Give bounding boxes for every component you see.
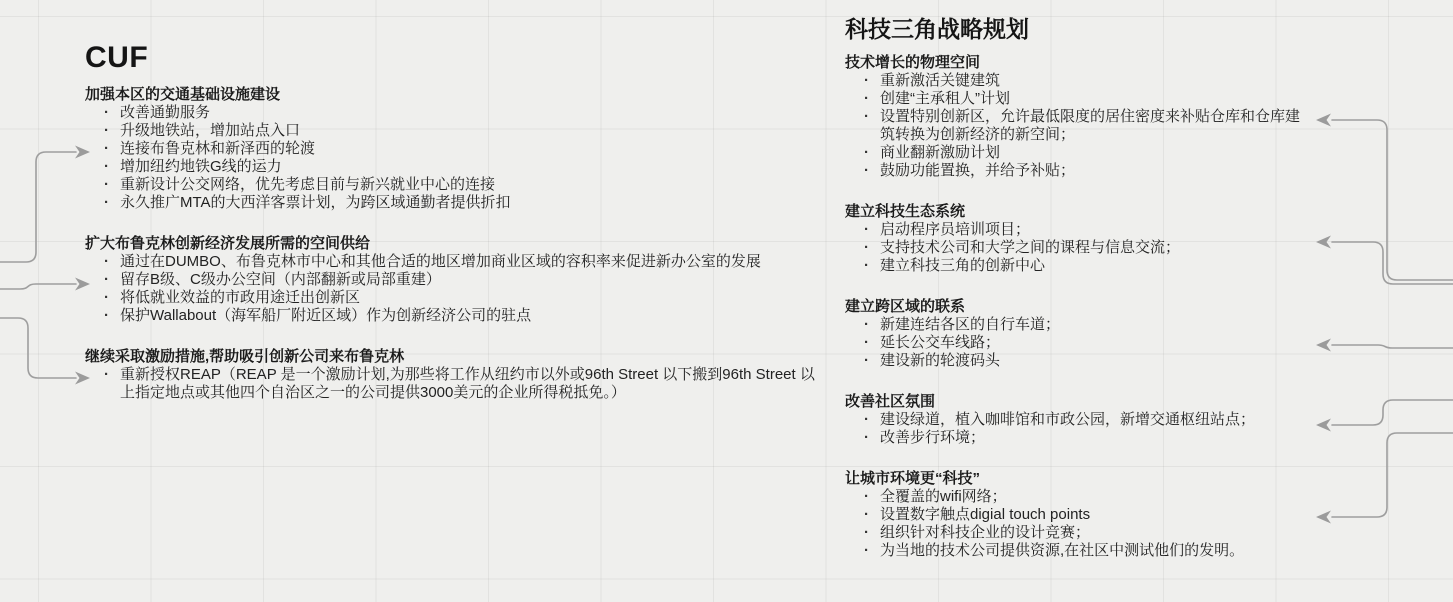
arrow-left-icon (1316, 339, 1331, 352)
connector-left-2[interactable] (0, 278, 90, 291)
whiteboard-canvas[interactable]: CUF 加强本区的交通基础设施建设 改善通勤服务 升级地铁站，增加站点入口 连接… (0, 0, 1453, 602)
bullet-item: 新建连结各区的自行车道； (845, 316, 1307, 334)
bullet-item: 保护Wallabout（海军船厂附近区域）作为创新经济公司的驻点 (85, 307, 815, 325)
arrow-left-icon (1316, 236, 1331, 249)
connector-right-3[interactable] (1316, 339, 1453, 352)
bullet-item: 为当地的技术公司提供资源,在社区中测试他们的发明。 (845, 542, 1307, 560)
section-heading: 技术增长的物理空间 (845, 54, 1307, 72)
cuf-frame-title: CUF (85, 40, 820, 76)
cuf-section-transport: 加强本区的交通基础设施建设 改善通勤服务 升级地铁站，增加站点入口 连接布鲁克林… (85, 86, 820, 212)
connector-left-3[interactable] (0, 318, 90, 385)
arrow-left-icon (1316, 511, 1331, 524)
tech-section-tech-environment: 让城市环境更“科技” 全覆盖的wifi网络； 设置数字触点digial touc… (845, 470, 1307, 560)
section-heading: 扩大布鲁克林创新经济发展所需的空间供给 (85, 235, 820, 253)
cuf-section-space: 扩大布鲁克林创新经济发展所需的空间供给 通过在DUMBO、布鲁克林市中心和其他合… (85, 235, 820, 325)
bullet-item: 鼓励功能置换，并给予补贴； (845, 162, 1307, 180)
section-heading: 建立科技生态系统 (845, 203, 1307, 221)
bullet-item: 改善通勤服务 (85, 104, 815, 122)
bullet-item: 通过在DUMBO、布鲁克林市中心和其他合适的地区增加商业区域的容积率来促进新办公… (85, 253, 815, 271)
connector-right-2[interactable] (1316, 236, 1453, 285)
tech-triangle-frame[interactable]: 科技三角战略规划 技术增长的物理空间 重新激活关键建筑 创建“主承租人”计划 设… (845, 14, 1307, 560)
section-heading: 继续采取激励措施,帮助吸引创新公司来布鲁克林 (85, 348, 820, 366)
tech-section-ecosystem: 建立科技生态系统 启动程序员培训项目； 支持技术公司和大学之间的课程与信息交流；… (845, 203, 1307, 275)
tech-section-physical-space: 技术增长的物理空间 重新激活关键建筑 创建“主承租人”计划 设置特别创新区，允许… (845, 54, 1307, 180)
tech-triangle-title: 科技三角战略规划 (845, 14, 1307, 44)
connector-left-1[interactable] (0, 146, 90, 263)
bullet-item: 重新授权REAP（REAP 是一个激励计划,为那些将工作从纽约市以外或96th … (85, 366, 815, 402)
bullet-item: 全覆盖的wifi网络； (845, 488, 1307, 506)
section-heading: 加强本区的交通基础设施建设 (85, 86, 820, 104)
bullet-item: 组织针对科技企业的设计竞赛； (845, 524, 1307, 542)
arrow-left-icon (1316, 419, 1331, 432)
bullet-item: 启动程序员培训项目； (845, 221, 1307, 239)
bullet-item: 设置数字触点digial touch points (845, 506, 1307, 524)
section-heading: 让城市环境更“科技” (845, 470, 1307, 488)
bullet-item: 连接布鲁克林和新泽西的轮渡 (85, 140, 815, 158)
bullet-item: 改善步行环境； (845, 429, 1307, 447)
bullet-item: 商业翻新激励计划 (845, 144, 1307, 162)
bullet-item: 建设绿道，植入咖啡馆和市政公园，新增交通枢纽站点； (845, 411, 1307, 429)
connector-right-4[interactable] (1316, 400, 1453, 432)
bullet-item: 留存B级、C级办公空间（内部翻新或局部重建） (85, 271, 815, 289)
bullet-item: 重新激活关键建筑 (845, 72, 1307, 90)
bullet-item: 创建“主承租人”计划 (845, 90, 1307, 108)
cuf-frame[interactable]: CUF 加强本区的交通基础设施建设 改善通勤服务 升级地铁站，增加站点入口 连接… (85, 40, 820, 402)
bullet-item: 重新设计公交网络，优先考虑目前与新兴就业中心的连接 (85, 176, 815, 194)
bullet-item: 支持技术公司和大学之间的课程与信息交流； (845, 239, 1307, 257)
connector-right-5[interactable] (1316, 433, 1453, 524)
bullet-item: 升级地铁站，增加站点入口 (85, 122, 815, 140)
bullet-item: 将低就业效益的市政用途迁出创新区 (85, 289, 815, 307)
cuf-section-incentives: 继续采取激励措施,帮助吸引创新公司来布鲁克林 重新授权REAP（REAP 是一个… (85, 348, 820, 402)
section-heading: 建立跨区域的联系 (845, 298, 1307, 316)
tech-section-community: 改善社区氛围 建设绿道，植入咖啡馆和市政公园，新增交通枢纽站点； 改善步行环境； (845, 393, 1307, 447)
bullet-item: 设置特别创新区，允许最低限度的居住密度来补贴仓库和仓库建筑转换为创新经济的新空间… (845, 108, 1307, 144)
arrow-left-icon (1316, 114, 1331, 127)
bullet-item: 永久推广MTA的大西洋客票计划，为跨区域通勤者提供折扣 (85, 194, 815, 212)
bullet-item: 延长公交车线路； (845, 334, 1307, 352)
bullet-item: 增加纽约地铁G线的运力 (85, 158, 815, 176)
section-heading: 改善社区氛围 (845, 393, 1307, 411)
connector-right-1[interactable] (1316, 114, 1453, 281)
tech-section-cross-region: 建立跨区域的联系 新建连结各区的自行车道； 延长公交车线路； 建设新的轮渡码头 (845, 298, 1307, 370)
bullet-item: 建立科技三角的创新中心 (845, 257, 1307, 275)
bullet-item: 建设新的轮渡码头 (845, 352, 1307, 370)
